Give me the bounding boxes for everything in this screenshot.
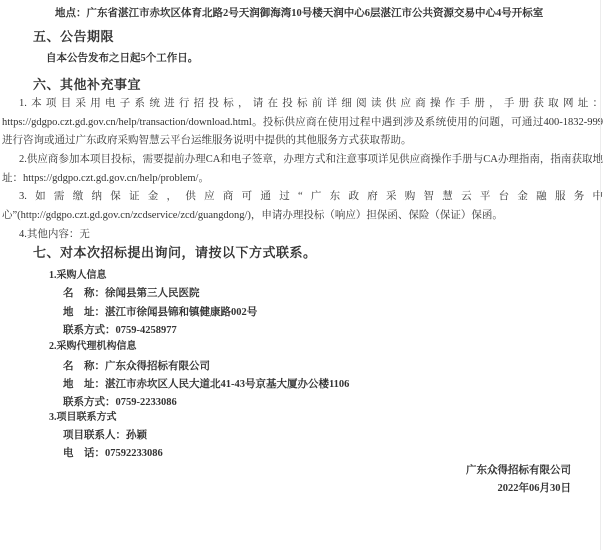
project-phone-row: 电 话：07592233086 [63,447,163,460]
section-6-heading: 六、其他补充事宜 [33,77,141,93]
other-matters-item-2: 2.供应商参加本项目投标，需要提前办理CA和电子签章，办理方式和注意事项详见供应… [2,151,603,188]
page-right-edge-line [600,0,601,550]
purchaser-contact-row: 联系方式：0759-4258977 [63,324,177,337]
purchaser-info-label: 1.采购人信息 [49,270,107,282]
agency-address-row: 地 址：湛江市赤坎区人民大道北41-43号京基大厦办公楼1106 [63,378,349,391]
other-matters-item-3: 3.如需缴纳保证金，供应商可通过“广东政府采购智慧云平台金融服务中心”(http… [2,188,603,225]
purchaser-address-row: 地 址：湛江市徐闻县锦和镇健康路002号 [63,306,257,319]
agency-contact-row: 联系方式：0759-2233086 [63,396,177,409]
project-contact-label: 3.项目联系方式 [49,412,117,424]
project-contact-person-row: 项目联系人：孙颖 [63,429,147,442]
notice-period-text: 自本公告发布之日起5个工作日。 [46,52,198,65]
agency-name-row: 名 称：广东众得招标有限公司 [63,360,210,373]
other-matters-item-1: 1.本项目采用电子系统进行招投标，请在投标前详细阅读供应商操作手册，手册获取网址… [2,95,603,151]
signature-company: 广东众得招标有限公司 [466,464,571,477]
section-5-heading: 五、公告期限 [33,29,114,45]
signature-date: 2022年06月30日 [498,482,572,495]
other-matters-item-4: 4.其他内容：无 [2,226,603,245]
section-7-heading: 七、对本次招标提出询问，请按以下方式联系。 [33,245,317,261]
document-page: 地点：广东省湛江市赤坎区体育北路2号天润御海湾10号楼天润中心6层湛江市公共资源… [0,0,607,550]
location-line: 地点：广东省湛江市赤坎区体育北路2号天润御海湾10号楼天润中心6层湛江市公共资源… [55,7,543,20]
purchaser-name-row: 名 称：徐闻县第三人民医院 [63,287,200,300]
agency-info-label: 2.采购代理机构信息 [49,341,137,353]
